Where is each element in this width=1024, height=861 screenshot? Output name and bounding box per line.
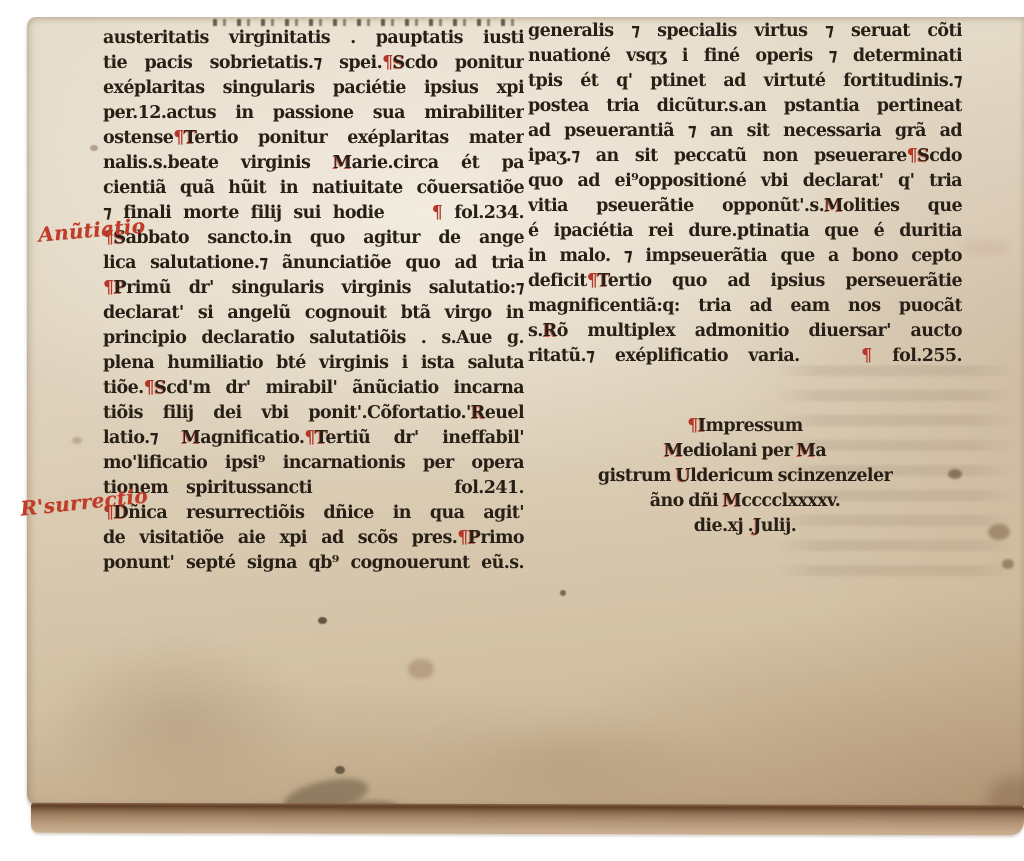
text-line: ipaʒ.⁊ an sit peccatũ non pseuerare¶Scdo — [528, 144, 962, 169]
stain — [1002, 559, 1014, 569]
rubric-capitulum: ¶ — [861, 346, 872, 366]
text-line: ¶Impressum — [528, 414, 962, 439]
red-touched-capital: P — [114, 278, 127, 298]
text-line: principio declaratio salutatiõis . s.Aue… — [103, 326, 524, 351]
stain — [960, 241, 1010, 255]
stain — [948, 469, 962, 479]
text-line: die.xj .Julij. — [528, 514, 962, 539]
stain — [560, 590, 566, 596]
text-line: cientiã quã hũit in natiuitate cõuersati… — [103, 176, 524, 201]
text-line: ãno dñi Mcccclxxxxv. — [528, 489, 962, 514]
red-touched-capital: J — [753, 516, 761, 536]
red-touched-capital: M — [723, 491, 742, 511]
stain — [407, 715, 707, 805]
red-touched-capital: T — [184, 128, 194, 148]
red-touched-capital: M — [181, 428, 200, 448]
rubric-capitulum: ¶ — [382, 53, 393, 73]
rubric-capitulum: ¶ — [907, 146, 918, 166]
stain — [90, 145, 98, 151]
rubric-capitulum: ¶ — [144, 378, 155, 398]
text-line: s.Rõ multiplex admonitio diuersar' aucto — [528, 319, 962, 344]
red-touched-capital: U — [675, 466, 690, 486]
red-touched-capital: M — [824, 196, 843, 216]
book-bottom-edge — [31, 803, 1024, 836]
rubric-capitulum: ¶ — [687, 416, 698, 436]
stain — [408, 659, 434, 679]
left-text-column: austeritatis virginitatis . pauptatis iu… — [103, 26, 524, 576]
red-touched-capital: S — [154, 378, 166, 398]
text-line: Mediolani per Ma — [528, 439, 962, 464]
red-touched-capital: M — [333, 153, 352, 173]
text-line: tiõe.¶Scd'm dr' mirabil' ãnũciatio incar… — [103, 376, 524, 401]
colophon: ¶ImpressumMediolani per Magistrum Ulderi… — [528, 414, 962, 539]
text-line: deficit¶Tertio quo ad ipsius perseuerãti… — [528, 269, 962, 294]
text-line: tie pacis sobrietatis.⁊ spei.¶Scdo ponit… — [103, 51, 524, 76]
text-line: per.12.actus in passione sua mirabiliter — [103, 101, 524, 126]
text-line: ponunt' septé signa qb⁹ cognouerunt eũ.s… — [103, 551, 524, 576]
text-line: magnificentiã:q: tria ad eam nos puocãt — [528, 294, 962, 319]
text-line: nalis.s.beate virginis Marie.circa ét pa — [103, 151, 524, 176]
stain — [335, 766, 345, 774]
text-line: tionem spiritussancti fol.241. — [103, 476, 524, 501]
stain — [318, 617, 327, 624]
rubric-capitulum: ¶ — [432, 203, 443, 223]
text-line: nuationé vsqʒ i finé operis ⁊ determinat… — [528, 44, 962, 69]
text-line: ritatũ.⁊ exéplificatio varia. ¶ fol.255. — [528, 344, 962, 369]
text-line: declarat' si angelũ cognouit btã virgo i… — [103, 301, 524, 326]
text-line: é ipaciétia rei dure.ptinatia que é duri… — [528, 219, 962, 244]
stain — [988, 524, 1010, 540]
red-touched-capital: R — [471, 403, 485, 423]
text-line: latio.⁊ Magnificatio.¶Tertiũ dr' ineffab… — [103, 426, 524, 451]
text-line: lica salutatione.⁊ ãnunciatiõe quo ad tr… — [103, 251, 524, 276]
text-line: ad pseuerantiã ⁊ an sit necessaria grã a… — [528, 119, 962, 144]
red-touched-capital: T — [315, 428, 325, 448]
text-line: in malo. ⁊ impseuerãtia que a bono cepto — [528, 244, 962, 269]
red-touched-capital: I — [698, 416, 706, 436]
text-line: postea tria dicũtur.s.an pstantia pertin… — [528, 94, 962, 119]
stain — [47, 637, 307, 797]
red-touched-capital: M — [797, 441, 816, 461]
text-line: tpis ét q' ptinet ad virtuté fortitudini… — [528, 69, 962, 94]
rubric-capitulum: ¶ — [457, 528, 468, 548]
rubric-capitulum: ¶ — [304, 428, 315, 448]
text-line: vitia pseuerãtie opponũt'.s.Molities que — [528, 194, 962, 219]
text-line: ¶Primũ dr' singularis virginis salutatio… — [103, 276, 524, 301]
text-line: ¶Dñica resurrectiõis dñice in qua agit' — [103, 501, 524, 526]
red-touched-capital: P — [468, 528, 481, 548]
text-line: exéplaritas singularis paciétie ipsius x… — [103, 76, 524, 101]
rubric-capitulum: ¶ — [103, 278, 114, 298]
text-line: austeritatis virginitatis . pauptatis iu… — [103, 26, 524, 51]
photo-background: austeritatis virginitatis . pauptatis iu… — [0, 0, 1024, 861]
book-page: austeritatis virginitatis . pauptatis iu… — [27, 17, 1024, 806]
text-line: mo'lificatio ipsi⁹ incarnationis per ope… — [103, 451, 524, 476]
red-touched-capital: S — [393, 53, 405, 73]
stain — [72, 437, 82, 444]
cropped-line-fragment — [213, 19, 523, 26]
text-line: generalis ⁊ specialis virtus ⁊ seruat cõ… — [528, 19, 962, 44]
red-touched-capital: M — [664, 441, 683, 461]
red-touched-capital: R — [543, 321, 557, 341]
text-line: ⁊ finali morte filij sui hodie ¶ fol.234… — [103, 201, 524, 226]
text-line: plena humiliatio bté virginis i ista sal… — [103, 351, 524, 376]
text-line: gistrum Uldericum scinzenzeler — [528, 464, 962, 489]
text-line: ¶Sabbato sancto.in quo agitur de ange — [103, 226, 524, 251]
text-line: ostense¶Tertio ponitur exéplaritas mater — [103, 126, 524, 151]
text-line: tiõis filij dei vbi ponit'.Cõfortatio.'R… — [103, 401, 524, 426]
text-line: quo ad ei⁹oppositioné vbi declarat' q' t… — [528, 169, 962, 194]
rubric-capitulum: ¶ — [173, 128, 184, 148]
rubric-capitulum: ¶ — [587, 271, 598, 291]
red-touched-capital: T — [597, 271, 607, 291]
text-line: de visitatiõe aie xpi ad scõs pres.¶Prim… — [103, 526, 524, 551]
right-text-column: generalis ⁊ specialis virtus ⁊ seruat cõ… — [528, 19, 962, 369]
red-touched-capital: S — [917, 146, 929, 166]
